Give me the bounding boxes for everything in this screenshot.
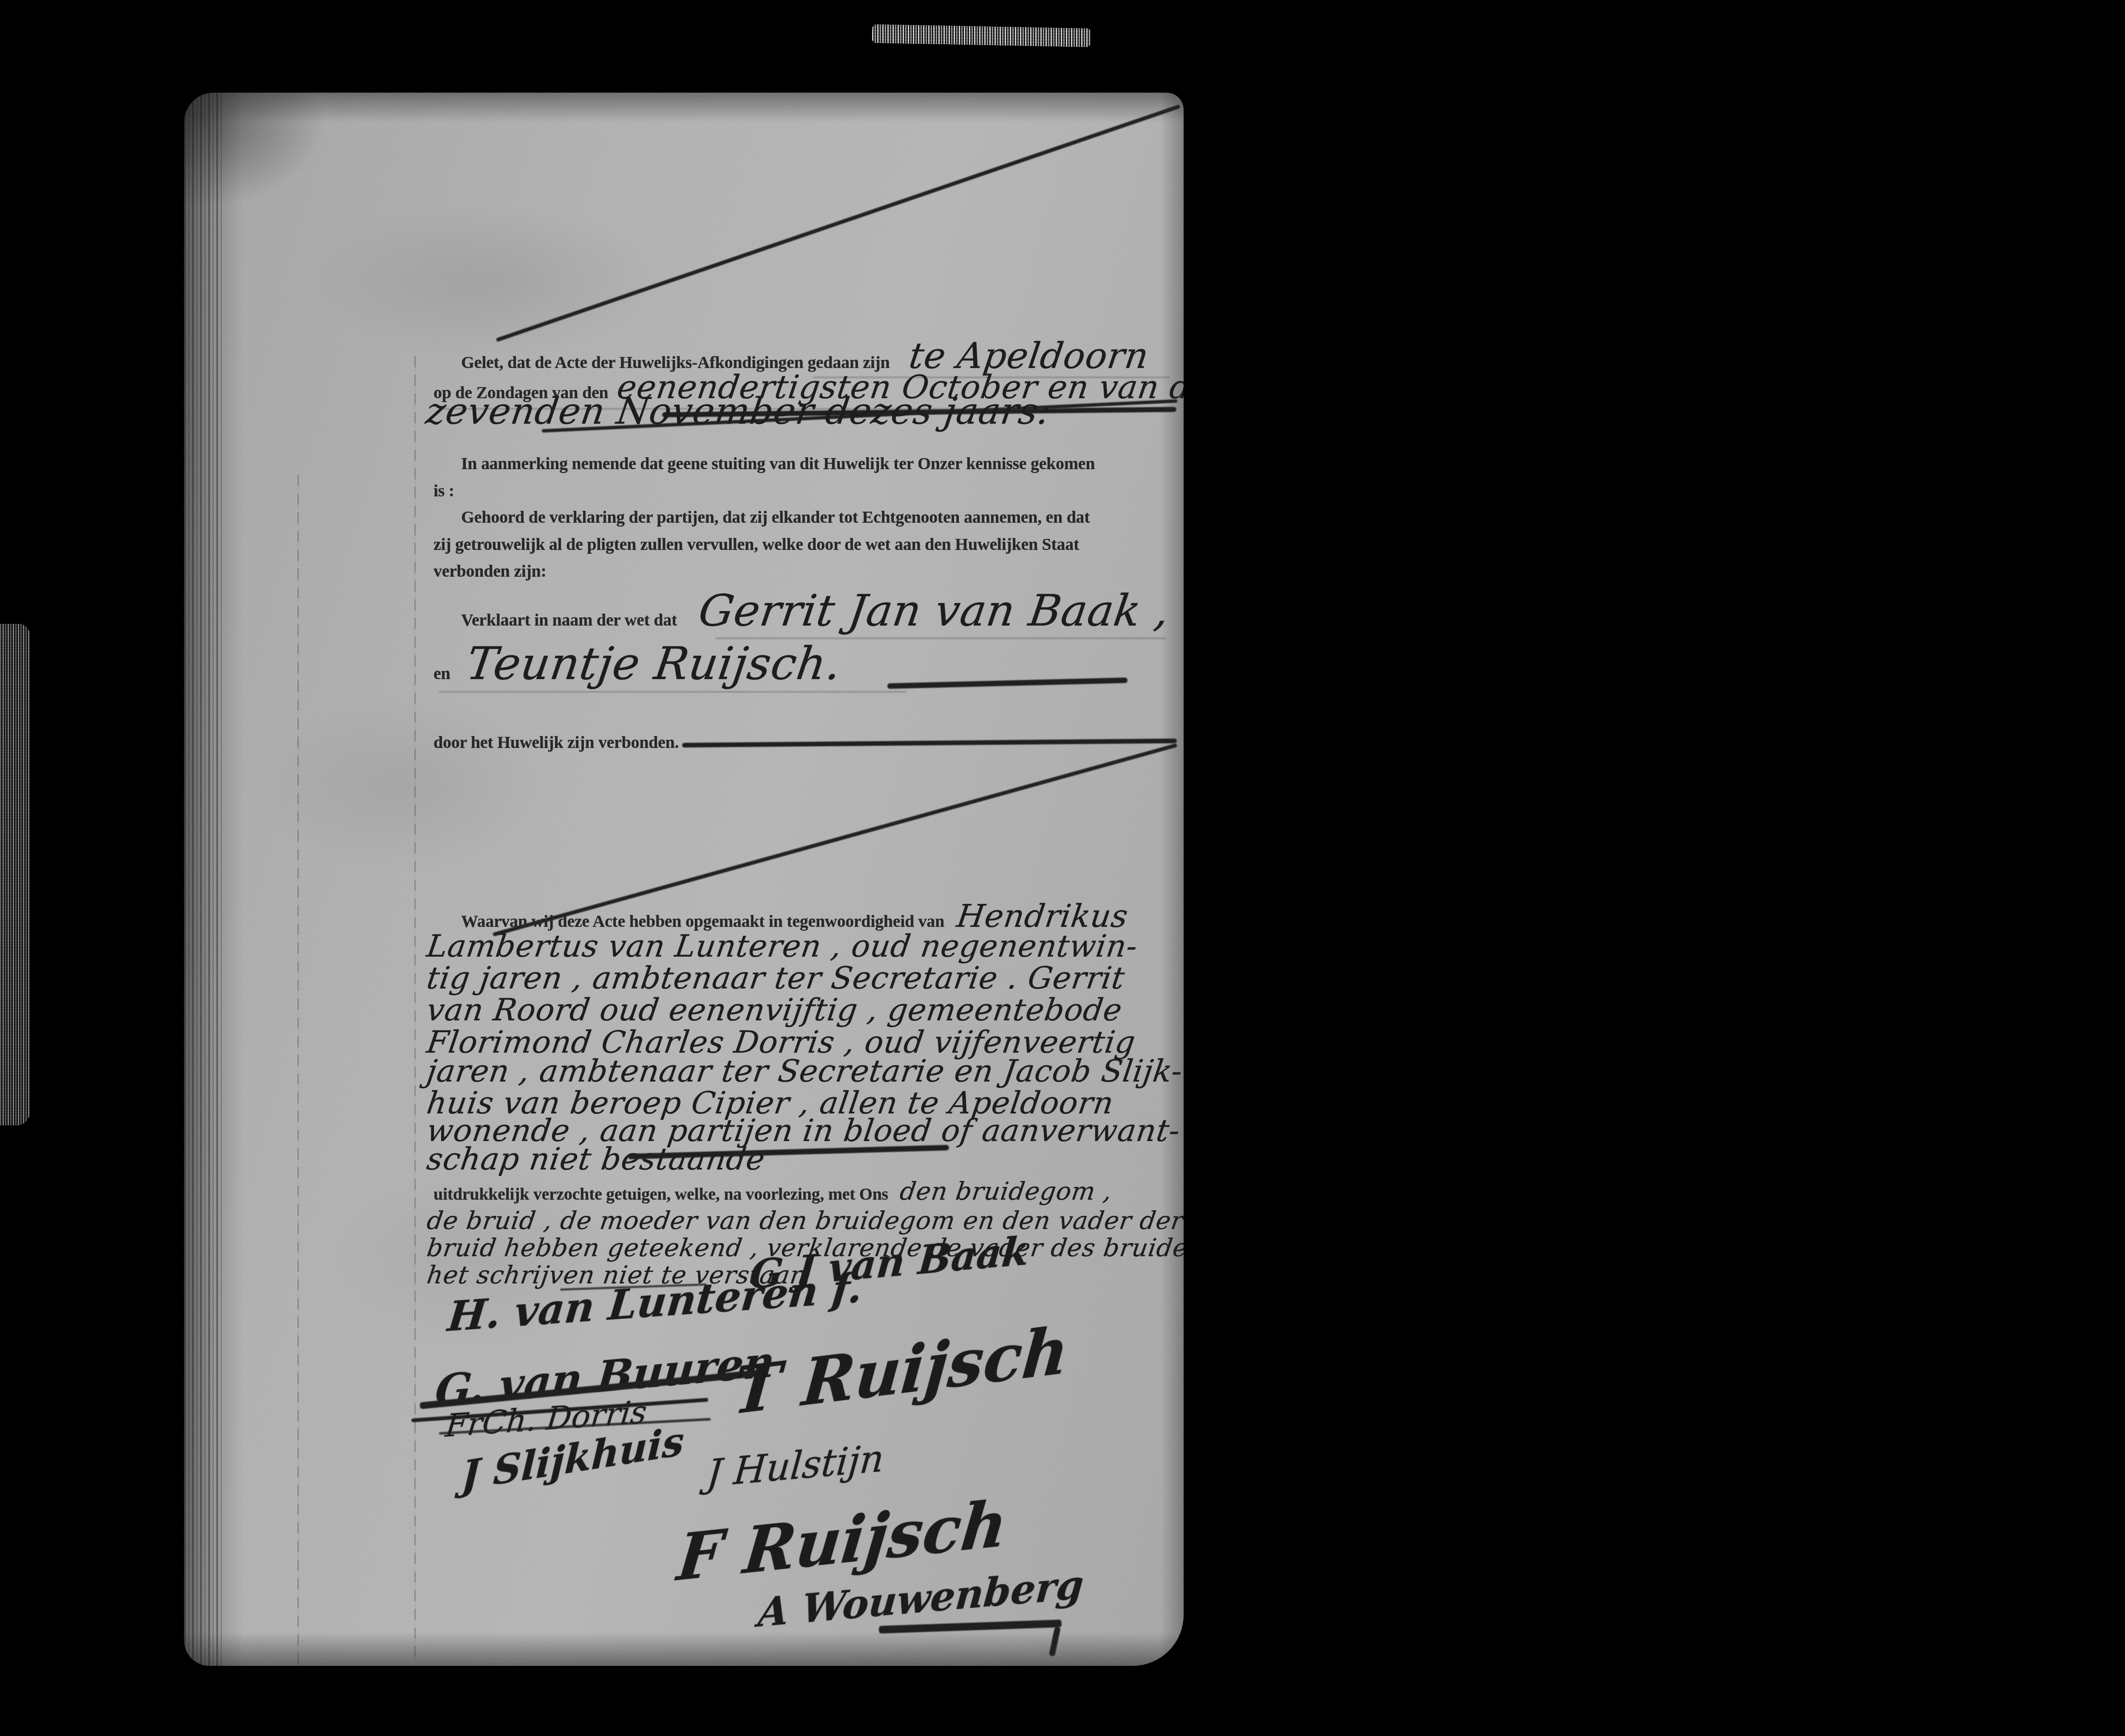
handwritten-signing-text: den bruidegom , [898, 1179, 1114, 1204]
clause-pronouncement-line1: Verklaart in naam der wet dat Gerrit Jan… [461, 586, 1169, 636]
clause-pronouncement-line2: en Teuntje Ruijsch. [433, 637, 841, 690]
handwritten-witness-text: Lambertus van Lunteren , oud negenentwin… [425, 931, 1139, 961]
printed-text: Gehoord de verklaring der partijen, dat … [461, 507, 1090, 527]
microfilm-scan: Gelet, dat de Acte der Huwelijks-Afkondi… [0, 0, 2125, 1736]
handwritten-witness-line: schap niet bestaande [427, 1144, 765, 1174]
clause-signing-intro: uitdrukkelijk verzochte getuigen, welke,… [433, 1179, 1112, 1204]
clause-publication-line3: zevenden November dezes jaars: [426, 390, 1051, 433]
handwritten-witness-text: jaren , ambtenaar ter Secretarie en Jaco… [425, 1056, 1184, 1086]
clause-pronouncement-line3: door het Huwelijk zijn verbonden. [433, 732, 679, 752]
record-page: Gelet, dat de Acte der Huwelijks-Afkondi… [184, 93, 1184, 1666]
handwritten-witness-text: tig jaren , ambtenaar ter Secretarie . G… [425, 963, 1127, 993]
printed-text: uitdrukkelijk verzochte getuigen, welke,… [433, 1184, 888, 1204]
ink-rule [887, 677, 1128, 689]
clause-objection-line2: is : [433, 481, 454, 501]
ink-strike-line [496, 105, 1181, 342]
handwritten-witness-line: van Roord oud eenenvijftig , gemeentebod… [427, 994, 1122, 1025]
handwritten-witness-line: Lambertus van Lunteren , oud negenentwin… [427, 931, 1137, 961]
binding-cloth-artifact-left [0, 624, 30, 1125]
clause-declaration-line1: Gehoord de verklaring der partijen, dat … [461, 507, 1090, 527]
printed-text: zij getrouwelijk al de pligten zullen ve… [433, 534, 1079, 554]
handwritten-signing-text: de bruid , de moeder van den bruidegom e… [425, 1208, 1184, 1233]
handwritten-witness-text: van Roord oud eenenvijftig , gemeentebod… [425, 994, 1124, 1025]
signature-witness-hulstijn: J Hulstijn [705, 1436, 886, 1496]
clause-objection-line1: In aanmerking nemende dat geene stuiting… [461, 453, 1095, 473]
handwritten-witness-line: tig jaren , ambtenaar ter Secretarie . G… [427, 963, 1125, 993]
clause-declaration-line2: zij getrouwelijk al de pligten zullen ve… [433, 534, 1079, 554]
form-baseline [439, 691, 907, 693]
record-text: Gelet, dat de Acte der Huwelijks-Afkondi… [184, 93, 1184, 1666]
handwritten-groom-name: Gerrit Jan van Baak , [696, 586, 1173, 636]
printed-text: is : [433, 481, 454, 501]
handwritten-entry-date2: zevenden November dezes jaars: [423, 390, 1054, 433]
handwritten-bride-name: Teuntje Ruijsch. [464, 637, 845, 690]
handwritten-signing-line: de bruid , de moeder van den bruidegom e… [427, 1208, 1183, 1233]
handwritten-witness-text: schap niet bestaande [425, 1144, 767, 1174]
signature-flourish [1049, 1626, 1061, 1657]
binding-cloth-artifact-top [872, 24, 1091, 47]
signature-bride: T Ruijsch [730, 1312, 1071, 1430]
printed-text: verbonden zijn: [433, 561, 547, 581]
ink-rule [682, 739, 1177, 748]
clause-declaration-line3: verbonden zijn: [433, 561, 547, 581]
printed-text: door het Huwelijk zijn verbonden. [433, 732, 679, 752]
printed-text: en [433, 663, 450, 683]
printed-text: Verklaart in naam der wet dat [461, 610, 677, 630]
printed-text: In aanmerking nemende dat geene stuiting… [461, 453, 1095, 473]
handwritten-witness-line: jaren , ambtenaar ter Secretarie en Jaco… [427, 1056, 1182, 1086]
